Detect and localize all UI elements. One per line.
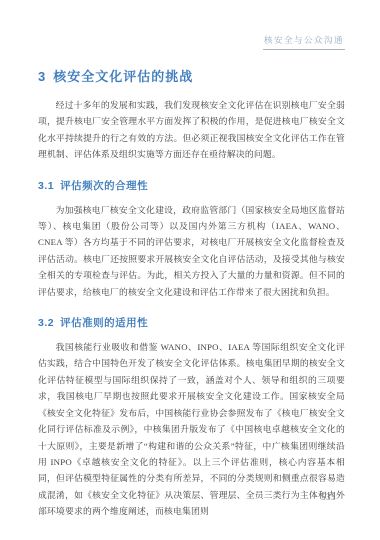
section-heading-3-2: 3.2 评估准则的适用性 — [38, 315, 345, 330]
chapter-title: 3 核安全文化评估的挑战 — [38, 66, 345, 85]
section-number: 3.2 — [38, 317, 54, 329]
running-header: 核安全与公众沟通 — [38, 30, 345, 50]
section-heading-3-1: 3.1 评估频次的合理性 — [38, 178, 345, 193]
section-3-1-paragraph: 为加强核电厂核安全文化建设，政府监管部门（国家核安全局地区监督站等）、核电集团（… — [38, 202, 345, 300]
page-number: 535 — [321, 492, 336, 502]
chapter-number: 3 — [38, 69, 46, 84]
document-page: 核安全与公众沟通 3 核安全文化评估的挑战 经过十多年的发展和实践，我们发现核安… — [0, 0, 380, 540]
section-heading-text: 评估准则的适用性 — [60, 315, 148, 330]
section-heading-text: 评估频次的合理性 — [60, 178, 148, 193]
running-title: 核安全与公众沟通 — [263, 34, 345, 50]
chapter-title-text: 核安全文化评估的挑战 — [53, 66, 193, 85]
section-3-2-paragraph: 我国核能行业吸收和借鉴 WANO、INPO、IAEA 等国际组织安全文化评估实践… — [38, 339, 345, 519]
intro-paragraph: 经过十多年的发展和实践，我们发现核安全文化评估在识别核电厂安全弱项，提升核电厂安… — [38, 97, 345, 163]
section-number: 3.1 — [38, 180, 54, 192]
